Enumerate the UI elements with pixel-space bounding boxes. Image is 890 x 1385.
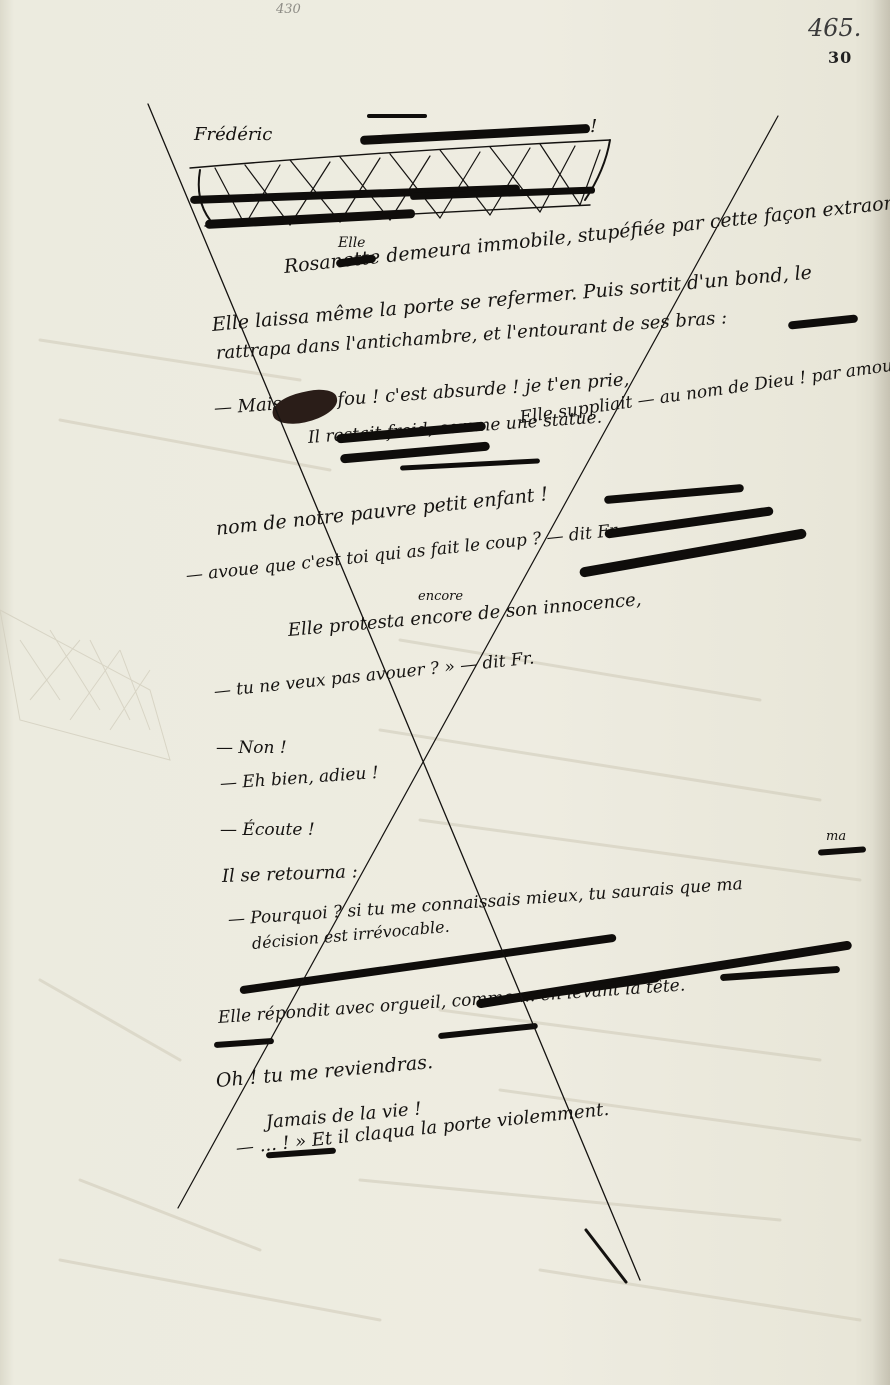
- ink-blot: [270, 385, 341, 428]
- text-line-14: Il se retourna :: [222, 863, 358, 886]
- strikethrough: [214, 1038, 274, 1048]
- text-line-7: nom de notre pauvre petit enfant !: [215, 485, 549, 539]
- strikethrough: [720, 966, 840, 981]
- pencil-page-number: 430: [276, 2, 301, 17]
- strikethrough: [818, 846, 866, 855]
- margin-note-encore: encore: [418, 590, 463, 603]
- svg-text:Frédéric: Frédéric: [193, 124, 272, 145]
- stamp-number: 30: [828, 48, 852, 67]
- margin-note-ma: ma: [826, 830, 846, 843]
- svg-text:!: !: [590, 116, 597, 137]
- text-line-10: — tu ne veux pas avouer ? » — dit Fr.: [213, 650, 535, 701]
- text-line-11: — Non !: [216, 740, 287, 757]
- strikethrough: [604, 484, 744, 504]
- strikethrough: [788, 314, 858, 329]
- text-line-9: Elle protesta encore de son innocence,: [287, 591, 642, 640]
- strikethrough: [604, 506, 774, 539]
- folio-number: 465.: [808, 14, 861, 42]
- strikethrough: [438, 1023, 538, 1039]
- manuscript-page: 430 465. 30 Frédéric !: [0, 0, 890, 1385]
- text-line-13: — Écoute !: [220, 822, 315, 839]
- text-line-18: Oh ! tu me reviendras.: [215, 1053, 434, 1091]
- strikethrough: [400, 458, 540, 470]
- text-line-12: — Eh bien, adieu !: [219, 765, 379, 793]
- strikethrough: [340, 441, 490, 463]
- page-edge-shadow: [872, 0, 890, 1385]
